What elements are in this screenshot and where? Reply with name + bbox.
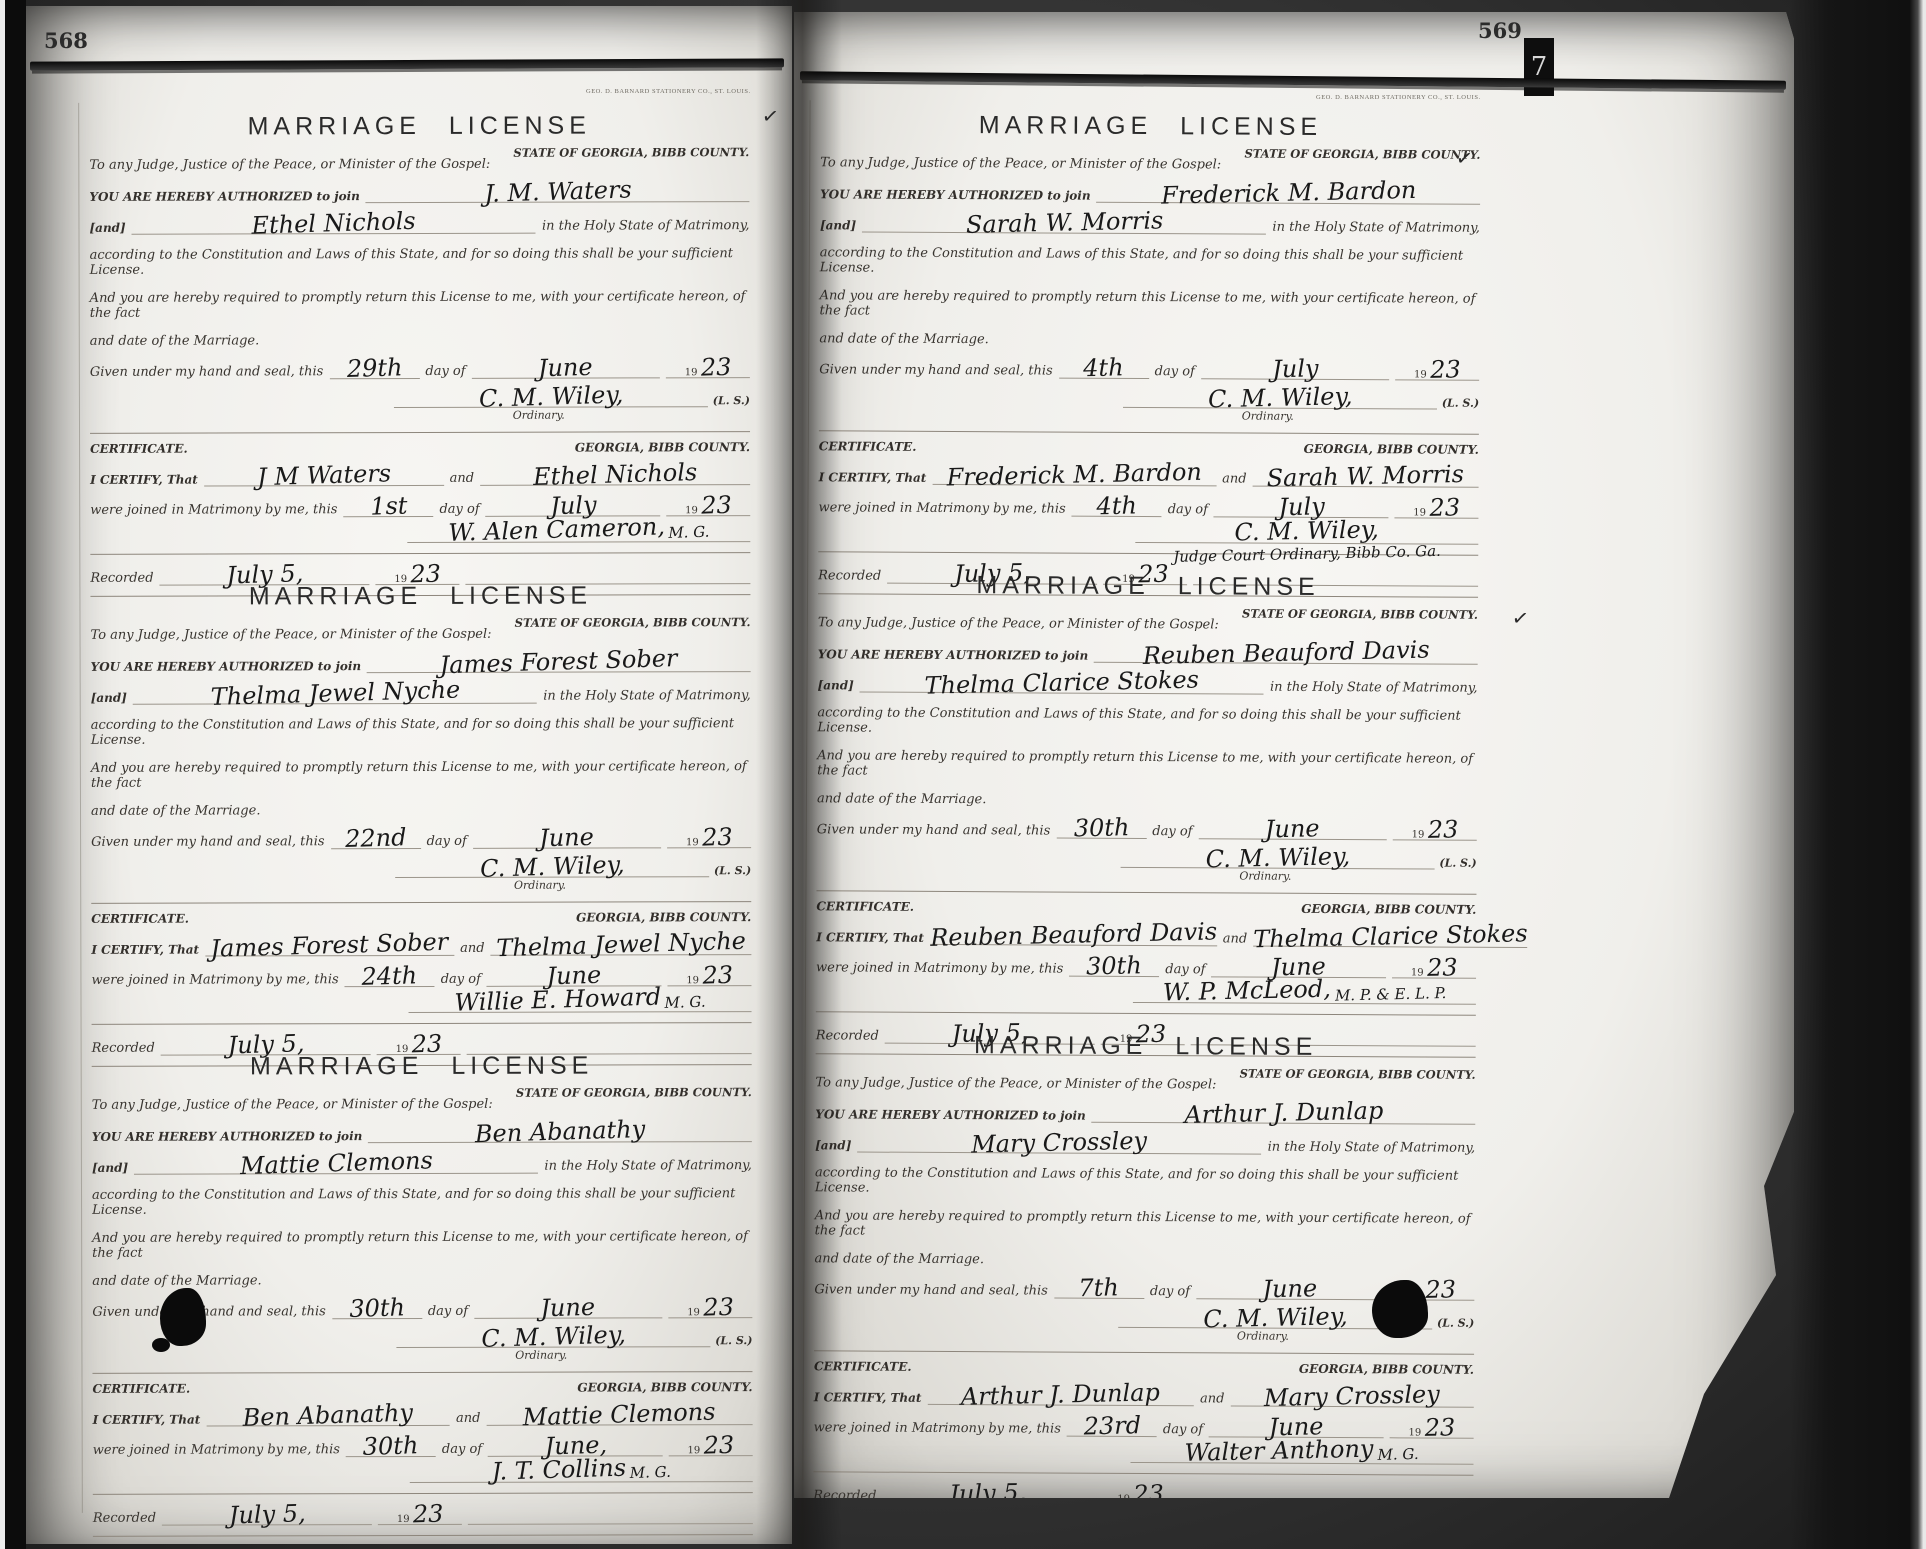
authorized-label: YOU ARE HEREBY AUTHORIZED to join <box>820 187 1091 202</box>
married-day-field: 30th <box>346 1436 436 1457</box>
issued-month: June <box>1265 818 1320 839</box>
section-divider <box>813 1513 1473 1517</box>
certificate-county-line: GEORGIA, BIBB COUNTY. <box>1301 902 1476 917</box>
recorded-label: Recorded <box>813 1488 876 1503</box>
and-label: [and] <box>92 1161 128 1175</box>
clause-return: And you are hereby required to promptly … <box>91 759 751 791</box>
joined-label: were joined in Matrimony by me, this <box>814 1420 1061 1436</box>
certificate-county-line: GEORGIA, BIBB COUNTY. <box>1304 442 1479 457</box>
married-day: 4th <box>1096 495 1137 516</box>
issued-year-field: 1923 <box>1395 359 1479 380</box>
ink-blot <box>160 1288 206 1346</box>
certificate-county-line: GEORGIA, BIBB COUNTY. <box>577 1380 752 1394</box>
i-certify-label: I CERTIFY, That <box>91 943 199 957</box>
recorded-year: 23 <box>412 1504 443 1525</box>
authorized-label: YOU ARE HEREBY AUTHORIZED to join <box>91 659 362 674</box>
certificate-bride-name: Mary Crossley <box>1264 1384 1440 1408</box>
and-word: and <box>1200 1391 1225 1406</box>
married-day: 1st <box>370 496 408 517</box>
issued-day: 29th <box>346 357 402 379</box>
joined-label: were joined in Matrimony by me, this <box>91 972 338 988</box>
married-day-field: 4th <box>1072 496 1162 517</box>
married-year: 23 <box>701 495 732 516</box>
certificate-county-line: GEORGIA, BIBB COUNTY. <box>575 440 750 454</box>
section-divider <box>93 1492 753 1495</box>
certificate-bride-name: Sarah W. Morris <box>1267 464 1465 488</box>
marriage-license-record: MARRIAGE LICENSE STATE OF GEORGIA, BIBB … <box>89 101 750 573</box>
groom-name-field: Reuben Beauford Davis <box>1094 642 1478 665</box>
certificate-groom-name: Frederick M. Bardon <box>946 462 1202 488</box>
officiant-signature: J. T. Collins <box>491 1458 626 1482</box>
day-of-label: day of <box>425 364 465 379</box>
day-of-label: day of <box>439 502 479 517</box>
married-day-field: 23rd <box>1067 1416 1157 1437</box>
officiant-title: M. G. <box>629 1462 671 1483</box>
book-page-left: 568 GEO. D. BARNARD STATIONERY CO., ST. … <box>26 6 792 1544</box>
authorized-row: YOU ARE HEREBY AUTHORIZED to join J. M. … <box>89 181 749 204</box>
issued-month: June <box>1263 1278 1318 1299</box>
officiant-signature: Willie E. Howard <box>454 986 661 1012</box>
officiant-signature: C. M. Wiley, <box>1234 519 1379 542</box>
officiant-signature: W. Alen Cameron, <box>448 516 665 543</box>
seal-label: (L. S.) <box>713 394 750 407</box>
issued-month-field: June <box>1196 1278 1384 1300</box>
issued-day: 30th <box>349 1297 405 1319</box>
and-word: and <box>1222 471 1247 486</box>
day-of-label: day of <box>1150 1284 1190 1299</box>
issued-day-field: 30th <box>332 1298 422 1319</box>
officiant-title: M. G. <box>668 522 710 543</box>
groom-name: Reuben Beauford Davis <box>1142 640 1429 667</box>
and-row: [and] Sarah W. Morris in the Holy State … <box>820 211 1480 235</box>
day-of-label: day of <box>442 1442 482 1457</box>
day-of-label: day of <box>1165 962 1205 977</box>
blank-line <box>1188 1484 1473 1506</box>
year-prefix: 19 <box>1408 1427 1421 1438</box>
section-divider <box>92 1371 752 1374</box>
bride-name-field: Ethel Nichols <box>132 213 536 235</box>
ordinary-signature: C. M. Wiley, <box>1207 386 1352 409</box>
bride-name-field: Thelma Jewel Nyche <box>133 683 537 705</box>
clause-constitution: according to the Constitution and Laws o… <box>820 245 1480 278</box>
officiant-signature: W. P. McLeod, <box>1163 979 1331 1003</box>
certificate-groom-name: Reuben Beauford Davis <box>930 921 1217 948</box>
ordinary-signature: C. M. Wiley, <box>1203 1306 1348 1329</box>
bride-name-field: Sarah W. Morris <box>862 212 1266 235</box>
day-of-label: day of <box>1155 364 1195 379</box>
day-of-label: day of <box>441 972 481 987</box>
and-row: [and] Ethel Nichols in the Holy State of… <box>89 212 749 235</box>
recorded-year-field: 1923 <box>1098 1484 1182 1505</box>
marriage-license-record: MARRIAGE LICENSE STATE OF GEORGIA, BIBB … <box>92 1041 753 1513</box>
issued-year-field: 1923 <box>668 1297 752 1318</box>
book-page-right: 569 7 GEO. D. BARNARD STATIONERY CO., ST… <box>794 12 1794 1498</box>
section-divider <box>90 431 750 434</box>
clause-constitution: according to the Constitution and Laws o… <box>91 716 751 748</box>
ordinary-signature-row: C. M. Wiley, (L. S.) <box>1120 847 1477 870</box>
issued-row: Given under my hand and seal, this 4th d… <box>819 356 1479 380</box>
joined-label: were joined in Matrimony by me, this <box>816 960 1063 976</box>
officiant-field: Willie E. Howard M. G. <box>408 989 751 1013</box>
ordinary-signature-field: C. M. Wiley, <box>1120 847 1434 870</box>
license-title: MARRIAGE LICENSE <box>89 101 749 142</box>
issued-row: Given under my hand and seal, this 29th … <box>90 357 750 380</box>
officiant-row: C. M. Wiley, Judge Court Ordinary, Bibb … <box>1135 520 1478 545</box>
certify-row: I CERTIFY, That J M Waters and Ethel Nic… <box>90 464 750 487</box>
and-label: [and] <box>815 1138 851 1152</box>
section-divider <box>816 1011 1476 1015</box>
groom-name: James Forest Sober <box>440 648 678 675</box>
certificate-header: CERTIFICATE. GEORGIA, BIBB COUNTY. <box>93 1380 753 1396</box>
married-month-field: June, <box>488 1435 663 1456</box>
married-day: 30th <box>1086 955 1142 976</box>
issued-month-field: June <box>1198 818 1386 840</box>
married-day-field: 30th <box>1069 956 1159 977</box>
married-month: July <box>1278 496 1325 517</box>
married-year-field: 1923 <box>666 495 750 516</box>
printer-mark: GEO. D. BARNARD STATIONERY CO., ST. LOUI… <box>586 88 751 95</box>
issued-row: Given under my hand and seal, this 30th … <box>817 816 1477 840</box>
certificate-county-line: GEORGIA, BIBB COUNTY. <box>1299 1362 1474 1377</box>
marriage-license-record: MARRIAGE LICENSE STATE OF GEORGIA, BIBB … <box>813 1020 1475 1483</box>
section-divider <box>816 890 1476 894</box>
certificate-bride-field: Thelma Jewel Nyche <box>491 934 752 956</box>
and-row: [and] Thelma Jewel Nyche in the Holy Sta… <box>91 682 751 705</box>
married-month: July <box>549 495 596 516</box>
issued-day: 7th <box>1078 1277 1119 1298</box>
joined-row: were joined in Matrimony by me, this 23r… <box>814 1414 1474 1438</box>
license-title: MARRIAGE LICENSE <box>92 1041 752 1082</box>
i-certify-label: I CERTIFY, That <box>816 930 924 945</box>
officiant-title: M. P. & E. L. P. <box>1334 983 1446 1006</box>
and-row: [and] Mattie Clemons in the Holy State o… <box>92 1152 752 1175</box>
issued-year: 23 <box>700 357 731 378</box>
day-of-label: day of <box>427 834 467 849</box>
certificate-header: CERTIFICATE. GEORGIA, BIBB COUNTY. <box>816 899 1476 916</box>
groom-name: Ben Abanathy <box>475 1119 646 1144</box>
and-word: and <box>1223 931 1248 946</box>
officiant-row: J. T. Collins M. G. <box>410 1459 753 1483</box>
license-title: MARRIAGE LICENSE <box>816 1020 1476 1062</box>
seal-label: (L. S.) <box>1439 857 1476 870</box>
married-year-field: 1923 <box>667 965 751 986</box>
clause-return: And you are hereby required to promptly … <box>815 1208 1475 1241</box>
and-label: [and] <box>820 218 856 232</box>
and-word: and <box>456 1411 480 1426</box>
issued-month: June <box>539 827 594 849</box>
married-day: 23rd <box>1083 1415 1141 1436</box>
married-month: June, <box>544 1435 607 1457</box>
officiant-row: Willie E. Howard M. G. <box>408 989 751 1013</box>
given-label: Given under my hand and seal, this <box>91 834 325 850</box>
marriage-license-record: MARRIAGE LICENSE STATE OF GEORGIA, BIBB … <box>90 571 751 1043</box>
certificate-header: CERTIFICATE. GEORGIA, BIBB COUNTY. <box>814 1359 1474 1376</box>
groom-name-field: Arthur J. Dunlap <box>1092 1102 1476 1125</box>
issued-day: 22nd <box>345 827 407 849</box>
certificate-groom-field: James Forest Sober <box>205 935 454 957</box>
clause-return: And you are hereby required to promptly … <box>819 288 1479 321</box>
clause-return: And you are hereby required to promptly … <box>90 289 750 321</box>
certificate-bride-field: Ethel Nichols <box>480 464 750 486</box>
pen-checkmark: ✓ <box>1454 145 1474 171</box>
issued-year: 23 <box>1427 819 1458 840</box>
certificate-label: CERTIFICATE. <box>816 899 914 914</box>
officiant-field: W. P. McLeod, M. P. & E. L. P. <box>1133 980 1476 1005</box>
ink-blot <box>1372 1280 1428 1338</box>
issued-year-field: 1923 <box>667 827 751 848</box>
section-divider <box>814 1350 1474 1354</box>
matrimony-label: in the Holy State of Matrimony, <box>543 688 751 704</box>
i-certify-label: I CERTIFY, That <box>814 1390 922 1405</box>
issued-month-field: July <box>1201 358 1389 380</box>
married-year: 23 <box>1426 957 1457 978</box>
authorized-label: YOU ARE HEREBY AUTHORIZED to join <box>89 189 360 204</box>
bride-name: Thelma Jewel Nyche <box>210 679 460 707</box>
issued-day-field: 22nd <box>331 828 421 849</box>
certificate-groom-name: Ben Abanathy <box>243 1403 414 1428</box>
certificate-header: CERTIFICATE. GEORGIA, BIBB COUNTY. <box>819 439 1479 456</box>
matrimony-label: in the Holy State of Matrimony, <box>1272 220 1480 236</box>
certificate-groom-field: Frederick M. Bardon <box>932 464 1216 486</box>
year-prefix: 19 <box>397 1514 410 1525</box>
certificate-label: CERTIFICATE. <box>93 1382 191 1396</box>
section-divider <box>92 1022 752 1025</box>
groom-name-field: J. M. Waters <box>366 181 750 203</box>
year-prefix: 19 <box>685 505 698 516</box>
authorized-label: YOU ARE HEREBY AUTHORIZED to join <box>818 647 1089 662</box>
joined-row: were joined in Matrimony by me, this 30t… <box>816 954 1476 978</box>
ordinary-signature: C. M. Wiley, <box>1205 846 1350 869</box>
year-prefix: 19 <box>688 1445 701 1456</box>
authorized-row: YOU ARE HEREBY AUTHORIZED to join Ben Ab… <box>92 1121 752 1144</box>
married-month: June <box>546 965 601 987</box>
marriage-license-record: MARRIAGE LICENSE STATE OF GEORGIA, BIBB … <box>818 100 1480 563</box>
blank-line <box>468 1503 753 1525</box>
license-title: MARRIAGE LICENSE <box>818 560 1478 602</box>
certificate-bride-field: Thelma Clarice Stokes <box>1253 926 1528 948</box>
certificate-label: CERTIFICATE. <box>90 442 188 456</box>
i-certify-label: I CERTIFY, That <box>93 1413 201 1427</box>
groom-name-field: James Forest Sober <box>367 651 751 673</box>
and-row: [and] Thelma Clarice Stokes in the Holy … <box>818 671 1478 695</box>
certificate-header: CERTIFICATE. GEORGIA, BIBB COUNTY. <box>91 910 751 926</box>
authorized-label: YOU ARE HEREBY AUTHORIZED to join <box>815 1107 1086 1122</box>
year-prefix: 19 <box>1117 1494 1130 1505</box>
pen-checkmark: ✓ <box>1510 605 1530 631</box>
bride-name: Thelma Clarice Stokes <box>925 669 1200 695</box>
joined-row: were joined in Matrimony by me, this 4th… <box>818 494 1478 518</box>
authorized-row: YOU ARE HEREBY AUTHORIZED to join James … <box>91 651 751 674</box>
authorized-label: YOU ARE HEREBY AUTHORIZED to join <box>92 1129 363 1144</box>
groom-name: Arthur J. Dunlap <box>1184 1100 1383 1125</box>
recorded-row: Recorded July 5, 1923 <box>813 1482 1473 1506</box>
groom-name-field: Frederick M. Bardon <box>1097 182 1481 205</box>
and-label: [and] <box>91 691 127 705</box>
seal-label: (L. S.) <box>1437 1317 1474 1330</box>
clause-constitution: according to the Constitution and Laws o… <box>90 246 750 278</box>
license-title: MARRIAGE LICENSE <box>90 571 750 612</box>
joined-row: were joined in Matrimony by me, this 30t… <box>93 1435 753 1458</box>
and-row: [and] Mary Crossley in the Holy State of… <box>815 1131 1475 1155</box>
certify-row: I CERTIFY, That James Forest Sober and T… <box>91 934 751 957</box>
bride-name: Mattie Clemons <box>240 1150 433 1176</box>
issued-row: Given under my hand and seal, this 22nd … <box>91 827 751 850</box>
day-of-label: day of <box>1163 1422 1203 1437</box>
clause-return: And you are hereby required to promptly … <box>817 748 1477 781</box>
issued-day: 30th <box>1073 817 1129 838</box>
officiant-row: Walter Anthony M. G. <box>1130 1440 1473 1465</box>
bride-name: Mary Crossley <box>971 1131 1147 1155</box>
i-certify-label: I CERTIFY, That <box>90 473 198 487</box>
groom-name: Frederick M. Bardon <box>1161 180 1417 206</box>
married-year: 23 <box>1424 1417 1455 1438</box>
officiant-row: W. P. McLeod, M. P. & E. L. P. <box>1133 980 1476 1005</box>
married-year-field: 1923 <box>1390 1417 1474 1438</box>
certify-row: I CERTIFY, That Arthur J. Dunlap and Mar… <box>814 1383 1474 1407</box>
issued-year-field: 1923 <box>1393 819 1477 840</box>
clause-date: and date of the Marriage. <box>90 332 750 349</box>
matrimony-label: in the Holy State of Matrimony, <box>542 218 750 234</box>
certificate-bride-name: Thelma Clarice Stokes <box>1253 923 1528 949</box>
matrimony-label: in the Holy State of Matrimony, <box>1270 680 1478 696</box>
married-year-field: 1923 <box>669 1435 753 1456</box>
page-number-right: 569 <box>1478 18 1522 43</box>
clause-date: and date of the Marriage. <box>817 791 1477 809</box>
seal-label: (L. S.) <box>1442 397 1479 410</box>
joined-label: were joined in Matrimony by me, this <box>818 500 1065 516</box>
given-label: Given under my hand and seal, this <box>814 1282 1048 1298</box>
certificate-groom-name: J M Waters <box>256 463 391 487</box>
married-day-field: 1st <box>343 496 433 517</box>
i-certify-label: I CERTIFY, That <box>819 470 927 485</box>
issued-day-field: 4th <box>1059 358 1149 379</box>
certificate-groom-name: Arthur J. Dunlap <box>961 1382 1160 1407</box>
clause-date: and date of the Marriage. <box>815 1251 1475 1269</box>
bride-name-field: Thelma Clarice Stokes <box>860 672 1264 695</box>
certificate-groom-field: J M Waters <box>204 465 444 487</box>
issued-month-field: June <box>473 827 661 848</box>
issued-year: 23 <box>1425 1279 1456 1300</box>
day-of-label: day of <box>1168 502 1208 517</box>
pen-checkmark: ✓ <box>760 103 780 129</box>
recorded-year: 23 <box>1133 1484 1164 1505</box>
day-of-label: day of <box>1152 824 1192 839</box>
certificate-groom-field: Reuben Beauford Davis <box>930 924 1217 947</box>
ordinary-signature: C. M. Wiley, <box>481 1324 626 1348</box>
issued-day-field: 29th <box>329 358 419 379</box>
clause-date: and date of the Marriage. <box>91 802 751 819</box>
seal-label: (L. S.) <box>715 1334 752 1347</box>
matrimony-label: in the Holy State of Matrimony, <box>544 1158 752 1174</box>
certificate-groom-field: Arthur J. Dunlap <box>927 1384 1194 1406</box>
officiant-field: C. M. Wiley, Judge Court Ordinary, Bibb … <box>1135 520 1478 545</box>
page-number-left: 568 <box>44 28 88 53</box>
recorded-year-field: 1923 <box>378 1504 462 1525</box>
authorized-row: YOU ARE HEREBY AUTHORIZED to join Freder… <box>820 180 1480 204</box>
and-word: and <box>460 941 484 956</box>
year-prefix: 19 <box>687 1307 700 1318</box>
married-year: 23 <box>702 965 733 986</box>
authorized-row: YOU ARE HEREBY AUTHORIZED to join Arthur… <box>815 1100 1475 1124</box>
certificate-bride-field: Mary Crossley <box>1230 1385 1474 1407</box>
ordinary-signature-row: C. M. Wiley, (L. S.) <box>1123 387 1480 410</box>
married-year: 23 <box>1429 497 1460 518</box>
recorded-date-field: July 5, <box>882 1483 1092 1505</box>
certificate-county-line: GEORGIA, BIBB COUNTY. <box>576 910 751 924</box>
joined-label: were joined in Matrimony by me, this <box>90 502 337 518</box>
clause-date: and date of the Marriage. <box>819 331 1479 349</box>
recorded-date: July 5, <box>949 1482 1026 1504</box>
given-label: Given under my hand and seal, this <box>817 822 1051 838</box>
year-prefix: 19 <box>686 837 699 848</box>
certificate-bride-field: Mattie Clemons <box>486 1404 752 1426</box>
and-label: [and] <box>89 221 125 235</box>
issued-year: 23 <box>701 827 732 848</box>
certificate-label: CERTIFICATE. <box>91 912 189 926</box>
and-word: and <box>450 471 474 486</box>
given-label: Given under my hand and seal, this <box>92 1304 326 1320</box>
issued-month-field: June <box>474 1297 662 1318</box>
year-prefix: 19 <box>686 975 699 986</box>
bride-name-field: Mary Crossley <box>857 1132 1261 1155</box>
certify-row: I CERTIFY, That Ben Abanathy and Mattie … <box>93 1404 753 1427</box>
section-divider <box>819 430 1479 434</box>
bride-name: Ethel Nichols <box>251 211 416 236</box>
issued-day: 4th <box>1083 357 1124 378</box>
officiant-field: J. T. Collins M. G. <box>410 1459 753 1483</box>
issued-day-field: 7th <box>1054 1278 1144 1299</box>
certificate-label: CERTIFICATE. <box>814 1359 912 1374</box>
recorded-date-field: July 5, <box>162 1504 372 1526</box>
page-content-right: MARRIAGE LICENSE STATE OF GEORGIA, BIBB … <box>802 100 1480 1483</box>
ordinary-signature-field: C. M. Wiley, <box>393 386 707 408</box>
matrimony-label: in the Holy State of Matrimony, <box>1268 1140 1476 1156</box>
married-year: 23 <box>703 1435 734 1456</box>
married-day: 30th <box>363 1435 419 1457</box>
issued-month-field: June <box>472 357 660 378</box>
day-of-label: day of <box>428 1304 468 1319</box>
ordinary-signature: C. M. Wiley, <box>478 384 623 408</box>
recorded-date: July 5, <box>228 1503 305 1525</box>
section-divider <box>93 1534 753 1537</box>
clause-constitution: according to the Constitution and Laws o… <box>92 1186 752 1218</box>
printer-mark: GEO. D. BARNARD STATIONERY CO., ST. LOUI… <box>1316 94 1481 101</box>
year-prefix: 19 <box>1413 507 1426 518</box>
married-year-field: 1923 <box>1392 957 1476 978</box>
recorded-label: Recorded <box>93 1511 156 1526</box>
certificate-bride-field: Sarah W. Morris <box>1253 466 1479 488</box>
issued-month: June <box>538 357 593 379</box>
certificate-bride-name: Thelma Jewel Nyche <box>496 931 746 959</box>
issued-year: 23 <box>1430 359 1461 380</box>
certificate-label: CERTIFICATE. <box>819 439 917 454</box>
issued-month: June <box>540 1297 595 1319</box>
certificate-header: CERTIFICATE. GEORGIA, BIBB COUNTY. <box>90 440 750 456</box>
given-label: Given under my hand and seal, this <box>819 362 1053 378</box>
and-label: [and] <box>818 678 854 692</box>
married-day: 24th <box>362 965 418 987</box>
issued-year: 23 <box>703 1297 734 1318</box>
ordinary-signature-field: C. M. Wiley, <box>395 856 709 878</box>
married-month: June <box>1269 1416 1324 1437</box>
recorded-row: Recorded July 5, 1923 <box>93 1503 753 1526</box>
certificate-groom-field: Ben Abanathy <box>206 1405 450 1427</box>
year-prefix: 19 <box>1412 829 1425 840</box>
officiant-row: W. Alen Cameron, M. G. <box>407 519 750 543</box>
bride-name: Sarah W. Morris <box>965 210 1163 234</box>
certificate-bride-name: Mattie Clemons <box>523 1402 716 1428</box>
clause-constitution: according to the Constitution and Laws o… <box>815 1165 1475 1198</box>
